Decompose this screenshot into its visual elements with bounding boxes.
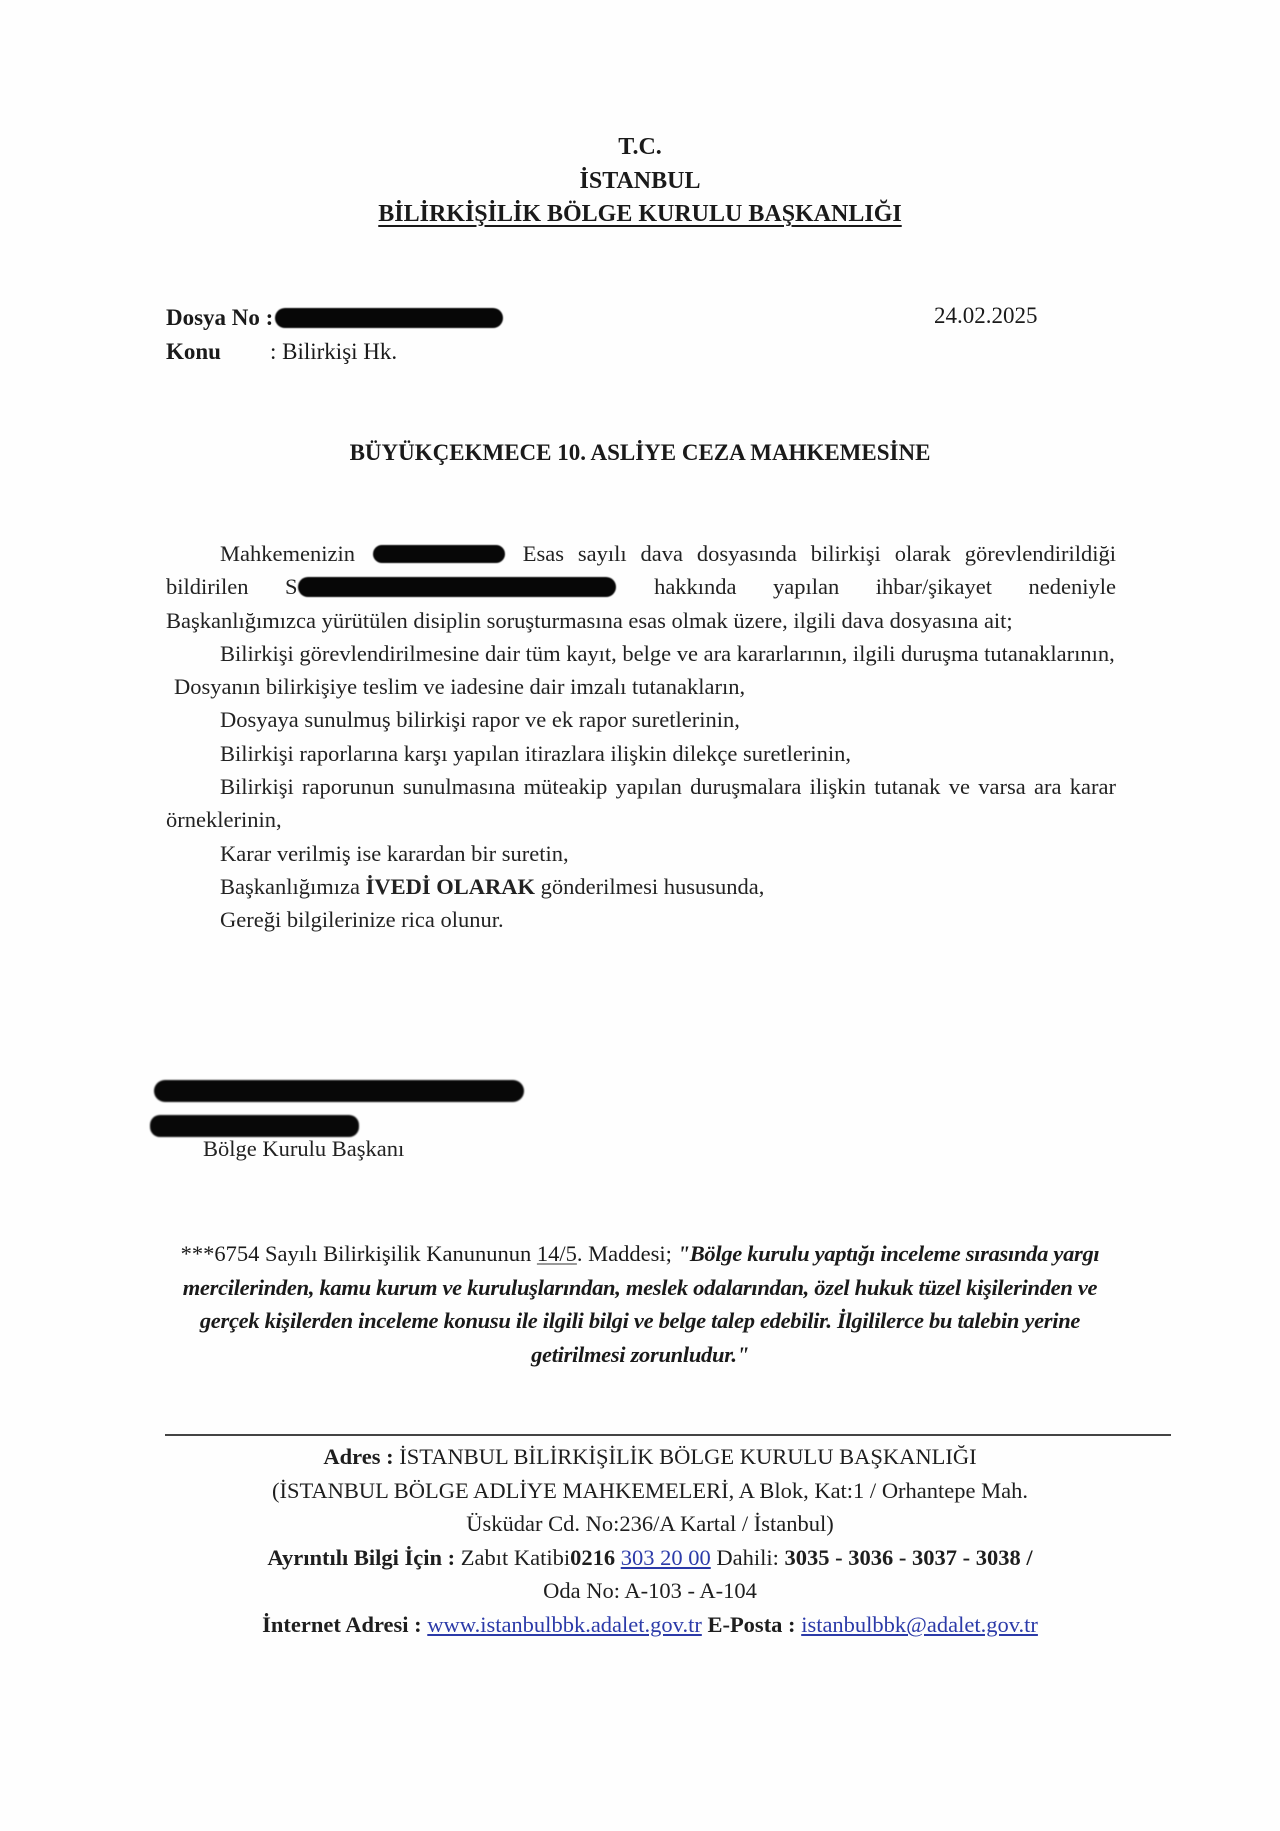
closing-prefix: Başkanlığımıza	[220, 874, 360, 899]
clerk-label: Zabıt Katibi	[461, 1545, 570, 1570]
body-paragraph-intro: Mahkemenizin Esas sayılı dava dosyasında…	[166, 537, 1116, 637]
footer-contact: Ayrıntılı Bilgi İçin : Zabıt Katibi0216 …	[150, 1541, 1150, 1575]
redaction-signer-role	[150, 1115, 359, 1137]
letter-body: Mahkemenizin Esas sayılı dava dosyasında…	[166, 537, 1116, 937]
email-label: E-Posta :	[707, 1612, 795, 1637]
signer-title: Bölge Kurulu Başkanı	[203, 1136, 404, 1162]
extension-values: 3035 - 3036 - 3037 - 3038 /	[784, 1545, 1032, 1570]
body-final: Gereği bilgilerinize rica olunur.	[166, 903, 1116, 936]
phone-prefix: 0216	[570, 1545, 615, 1570]
header-organization: BİLİRKİŞİLİK BÖLGE KURULU BAŞKANLIĞI	[0, 201, 1280, 228]
phone-link[interactable]: 303 20 00	[621, 1545, 711, 1570]
extension-label: Dahili:	[716, 1545, 779, 1570]
law-article-suffix: . Maddesi;	[577, 1241, 672, 1266]
subject-value: : Bilirkişi Hk.	[270, 339, 397, 364]
document-date: 24.02.2025	[934, 303, 1038, 329]
info-label: Ayrıntılı Bilgi İçin :	[267, 1545, 455, 1570]
address-label: Adres :	[323, 1444, 393, 1469]
address-text: İSTANBUL BİLİRKİŞİLİK BÖLGE KURULU BAŞKA…	[399, 1444, 976, 1469]
redaction-expert-name	[298, 577, 616, 597]
redaction-signer-name	[154, 1080, 524, 1102]
body-item: Bilirkişi raporunun sunulmasına müteakip…	[166, 770, 1116, 837]
law-note-prefix: ***6754 Sayılı Bilirkişilik Kanununun	[181, 1241, 532, 1266]
header-country: T.C.	[0, 134, 1280, 161]
file-number-label: Dosya No :	[166, 305, 273, 330]
email-link[interactable]: istanbulbbk@adalet.gov.tr	[801, 1612, 1038, 1637]
body-item: Bilirkişi görevlendirilmesine dair tüm k…	[166, 637, 1116, 670]
body-closing: Başkanlığımıza İVEDİ OLARAK gönderilmesi…	[166, 870, 1116, 903]
law-article: 14/5	[537, 1241, 577, 1266]
redaction-case-number	[373, 545, 505, 563]
body-item: Dosyaya sunulmuş bilirkişi rapor ve ek r…	[166, 703, 1116, 736]
addressee: BÜYÜKÇEKMECE 10. ASLİYE CEZA MAHKEMESİNE	[0, 440, 1280, 466]
footer-address-line1: Adres : İSTANBUL BİLİRKİŞİLİK BÖLGE KURU…	[150, 1440, 1150, 1474]
footer-address-line3: Üsküdar Cd. No:236/A Kartal / İstanbul)	[150, 1507, 1150, 1541]
footer-address-line2: (İSTANBUL BÖLGE ADLİYE MAHKEMELERİ, A Bl…	[150, 1474, 1150, 1508]
body-item: Bilirkişi raporlarına karşı yapılan itir…	[166, 737, 1116, 770]
footer-web: İnternet Adresi : www.istanbulbbk.adalet…	[150, 1608, 1150, 1642]
body-item: Dosyanın bilirkişiye teslim ve iadesine …	[166, 670, 1116, 703]
closing-emphasis: İVEDİ OLARAK	[366, 874, 535, 899]
subject-row: Konu: Bilirkişi Hk.	[166, 339, 397, 365]
intro-text-a: Mahkemenizin	[220, 541, 355, 566]
website-link[interactable]: www.istanbulbbk.adalet.gov.tr	[427, 1612, 702, 1637]
redaction-file-number	[275, 308, 503, 328]
footer-room: Oda No: A-103 - A-104	[150, 1574, 1150, 1608]
law-note: ***6754 Sayılı Bilirkişilik Kanununun 14…	[170, 1237, 1110, 1371]
file-number-row: Dosya No :	[166, 305, 503, 331]
web-label: İnternet Adresi :	[262, 1612, 422, 1637]
body-item: Karar verilmiş ise karardan bir suretin,	[166, 837, 1116, 870]
footer-divider	[165, 1434, 1171, 1436]
closing-suffix: gönderilmesi hususunda,	[541, 874, 765, 899]
footer: Adres : İSTANBUL BİLİRKİŞİLİK BÖLGE KURU…	[150, 1440, 1150, 1642]
document-page: T.C. İSTANBUL BİLİRKİŞİLİK BÖLGE KURULU …	[0, 0, 1280, 1831]
subject-label: Konu	[166, 339, 270, 365]
header-city: İSTANBUL	[0, 168, 1280, 195]
